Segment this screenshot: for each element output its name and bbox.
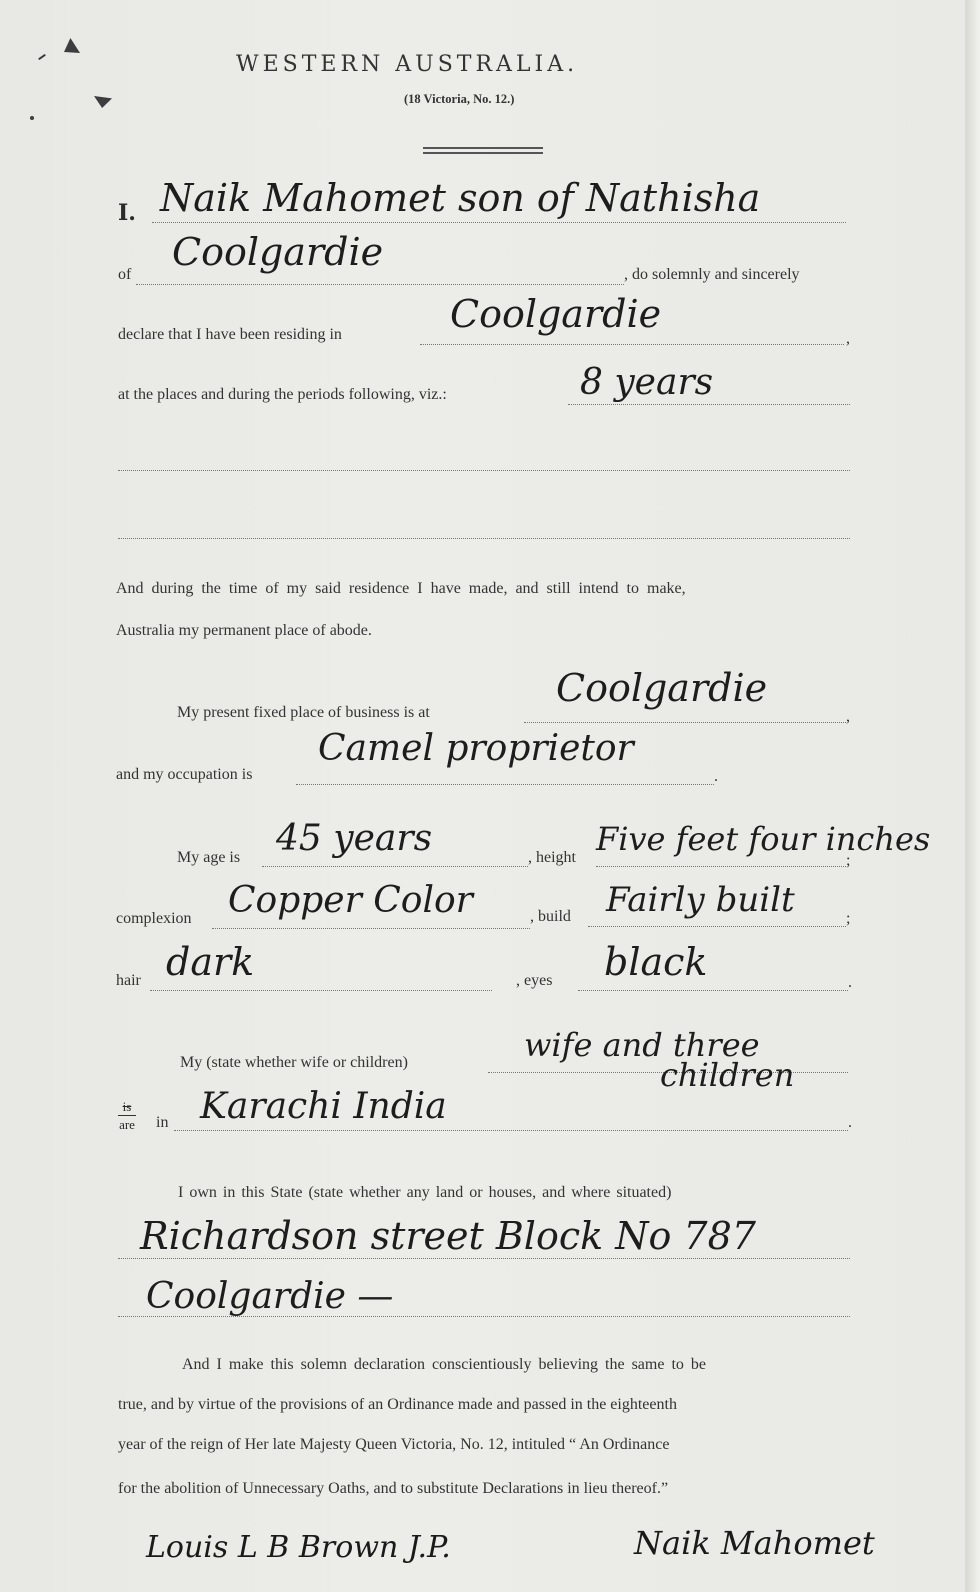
- occupation-field-line: [296, 784, 714, 785]
- residing-value: Coolgardie: [450, 292, 661, 336]
- property-label: I own in this State (state whether any l…: [178, 1184, 671, 1202]
- family-value-line2: children: [660, 1056, 794, 1094]
- eyes-label: , eyes: [516, 972, 552, 990]
- semicolon: ;: [846, 910, 850, 928]
- business-value: Coolgardie: [556, 666, 767, 710]
- residing-label: declare that I have been residing in: [118, 326, 342, 344]
- residence-intent-text: Australia my permanent place of abode.: [116, 622, 372, 640]
- document-title: WESTERN AUSTRALIA.: [236, 52, 578, 77]
- blank-field-line: [118, 470, 850, 471]
- comma: ,: [846, 330, 850, 348]
- blank-field-line: [118, 538, 850, 539]
- business-label: My present fixed place of business is at: [177, 704, 430, 722]
- complexion-field-line: [212, 928, 530, 929]
- property-field-line: [118, 1258, 850, 1259]
- page-edge: [965, 0, 980, 1592]
- hair-label: hair: [116, 972, 141, 990]
- semicolon: ;: [846, 852, 850, 870]
- occupation-value: Camel proprietor: [318, 728, 634, 769]
- eyes-value: black: [604, 940, 707, 984]
- residence-value: Coolgardie: [172, 230, 383, 274]
- declaration-text: year of the reign of Her late Majesty Qu…: [118, 1436, 669, 1454]
- declaration-text: And I make this solemn declaration consc…: [182, 1356, 706, 1374]
- property-value-line1: Richardson street Block No 787: [140, 1214, 756, 1258]
- age-field-line: [262, 866, 528, 867]
- eyes-field-line: [578, 990, 848, 991]
- speck-mark: [30, 116, 34, 120]
- business-field-line: [524, 722, 846, 723]
- occupation-label: and my occupation is: [116, 766, 252, 784]
- comma: ,: [846, 708, 850, 726]
- declarant-name-value: Naik Mahomet son of Nathisha: [160, 176, 760, 220]
- periods-field-line: [568, 404, 850, 405]
- hair-field-line: [150, 990, 492, 991]
- is-are-selector: is are: [118, 1100, 136, 1131]
- family-label: My (state whether wife or children): [180, 1054, 408, 1072]
- family-location-field-line: [174, 1130, 848, 1131]
- height-label: , height: [528, 849, 576, 867]
- periods-value: 8 years: [580, 362, 713, 403]
- age-value: 45 years: [276, 818, 432, 859]
- age-label: My age is: [177, 849, 240, 867]
- property-value-line2: Coolgardie —: [146, 1276, 393, 1317]
- of-label: of: [118, 266, 131, 284]
- family-location-value: Karachi India: [200, 1086, 447, 1127]
- residing-field-line: [420, 344, 844, 345]
- header-rule: [423, 147, 543, 149]
- declaration-text: for the abolition of Unnecessary Oaths, …: [118, 1480, 668, 1498]
- declaration-initial: I.: [118, 200, 136, 226]
- name-field-line: [152, 222, 846, 223]
- hair-value: dark: [166, 940, 254, 984]
- header-rule: [423, 152, 543, 154]
- complexion-label: complexion: [116, 910, 192, 928]
- witness-signature: Louis L B Brown J.P.: [146, 1530, 451, 1565]
- periods-label: at the places and during the periods fol…: [118, 386, 447, 404]
- in-label: in: [156, 1114, 168, 1132]
- period: .: [848, 1114, 852, 1132]
- declarant-signature: Naik Mahomet: [634, 1524, 875, 1562]
- build-label: , build: [530, 908, 571, 926]
- period: .: [848, 974, 852, 992]
- build-field-line: [588, 926, 846, 927]
- solemnly-label: , do solemnly and sincerely: [624, 266, 800, 284]
- residence-intent-text: And during the time of my said residence…: [116, 580, 686, 598]
- build-value: Fairly built: [606, 880, 795, 920]
- document-subtitle: (18 Victoria, No. 12.): [404, 92, 514, 107]
- complexion-value: Copper Color: [228, 880, 473, 921]
- are-option: are: [119, 1117, 135, 1132]
- is-option: is: [123, 1099, 132, 1114]
- declaration-text: true, and by virtue of the provisions of…: [118, 1396, 677, 1414]
- residence-field-line: [136, 284, 624, 285]
- period: .: [714, 768, 718, 786]
- document-page: [0, 0, 965, 1592]
- height-field-line: [596, 866, 846, 867]
- height-value: Five feet four inches: [596, 820, 930, 858]
